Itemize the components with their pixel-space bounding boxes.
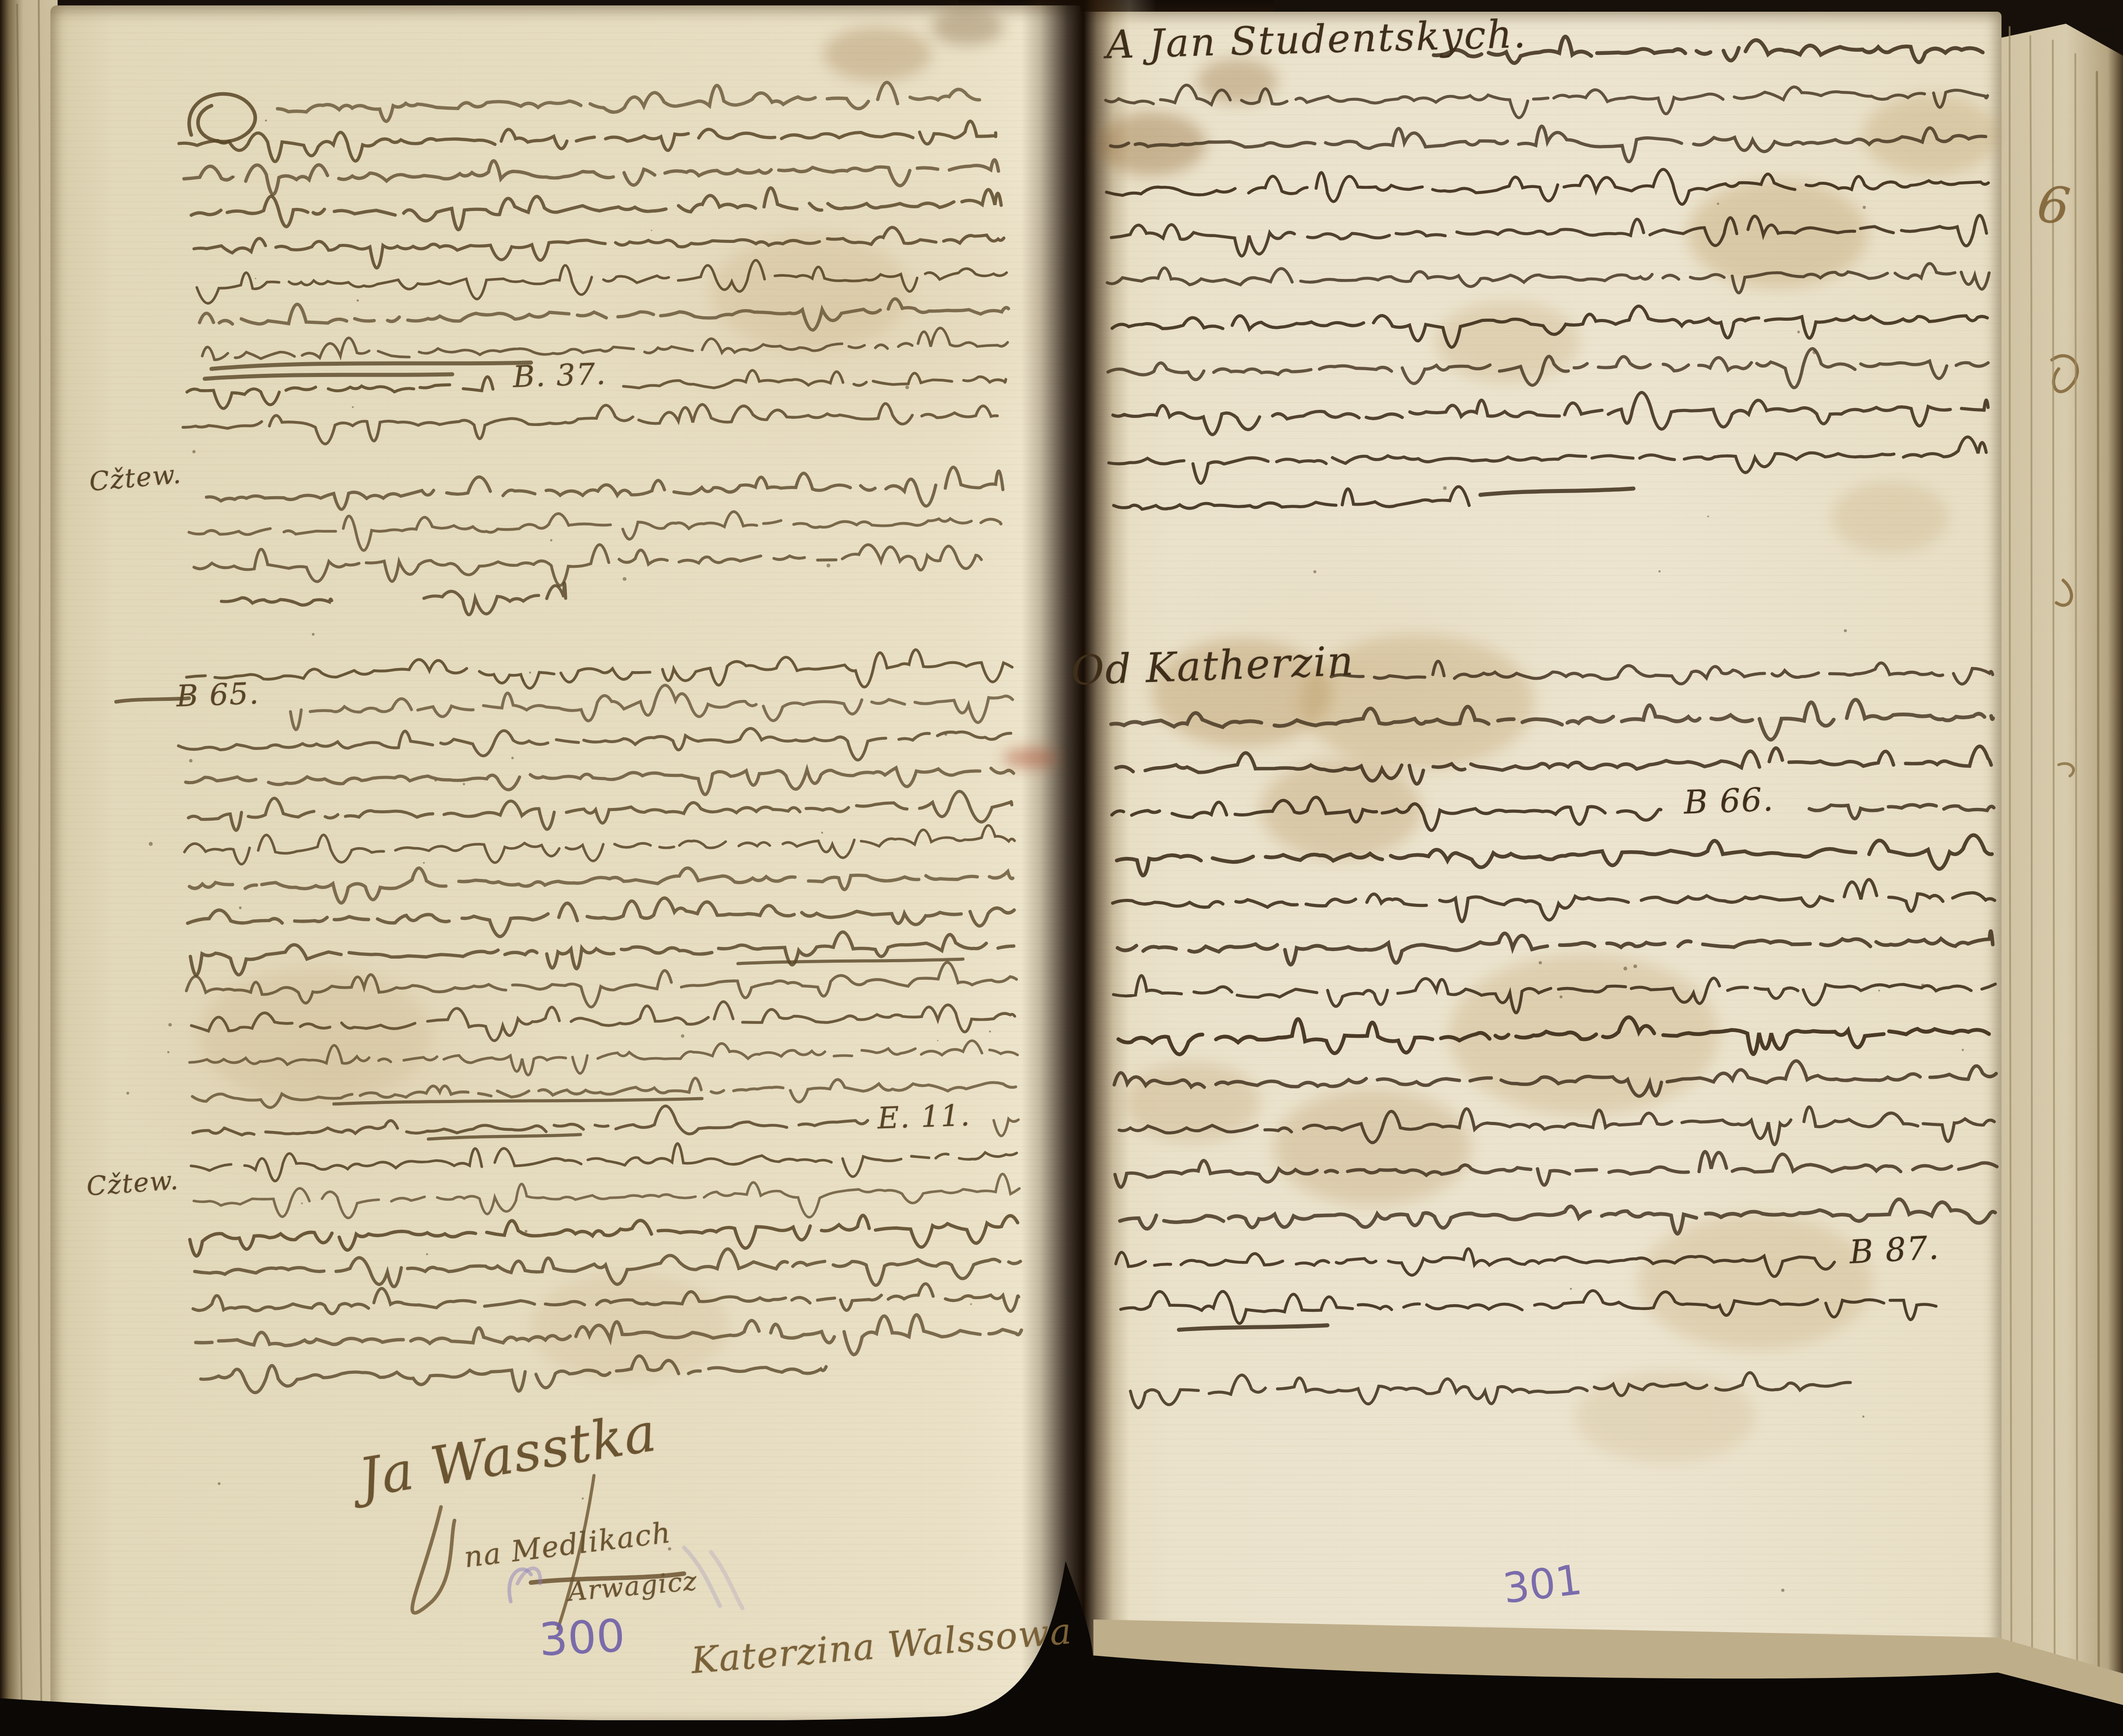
manuscript-book-spread: Cžtew. Cžtew. B. 37. B 65. E. 11. A Jan … xyxy=(0,0,2123,1736)
citation-e11: E. 11. xyxy=(877,1098,972,1135)
folio-number-right: 301 xyxy=(1500,1556,1584,1613)
margin-note-2: Cžtew. xyxy=(85,1165,180,1202)
handwriting-and-stain-layer xyxy=(0,0,2123,1736)
right-page-section-opening: Od Katherzin xyxy=(1070,637,1355,695)
citation-b65: B 65. xyxy=(176,676,260,713)
citation-b37: B. 37. xyxy=(513,356,607,394)
citation-b66: B 66. xyxy=(1683,781,1775,821)
citation-b87: B 87. xyxy=(1849,1229,1940,1271)
folio-number-left: 300 xyxy=(538,1609,626,1666)
